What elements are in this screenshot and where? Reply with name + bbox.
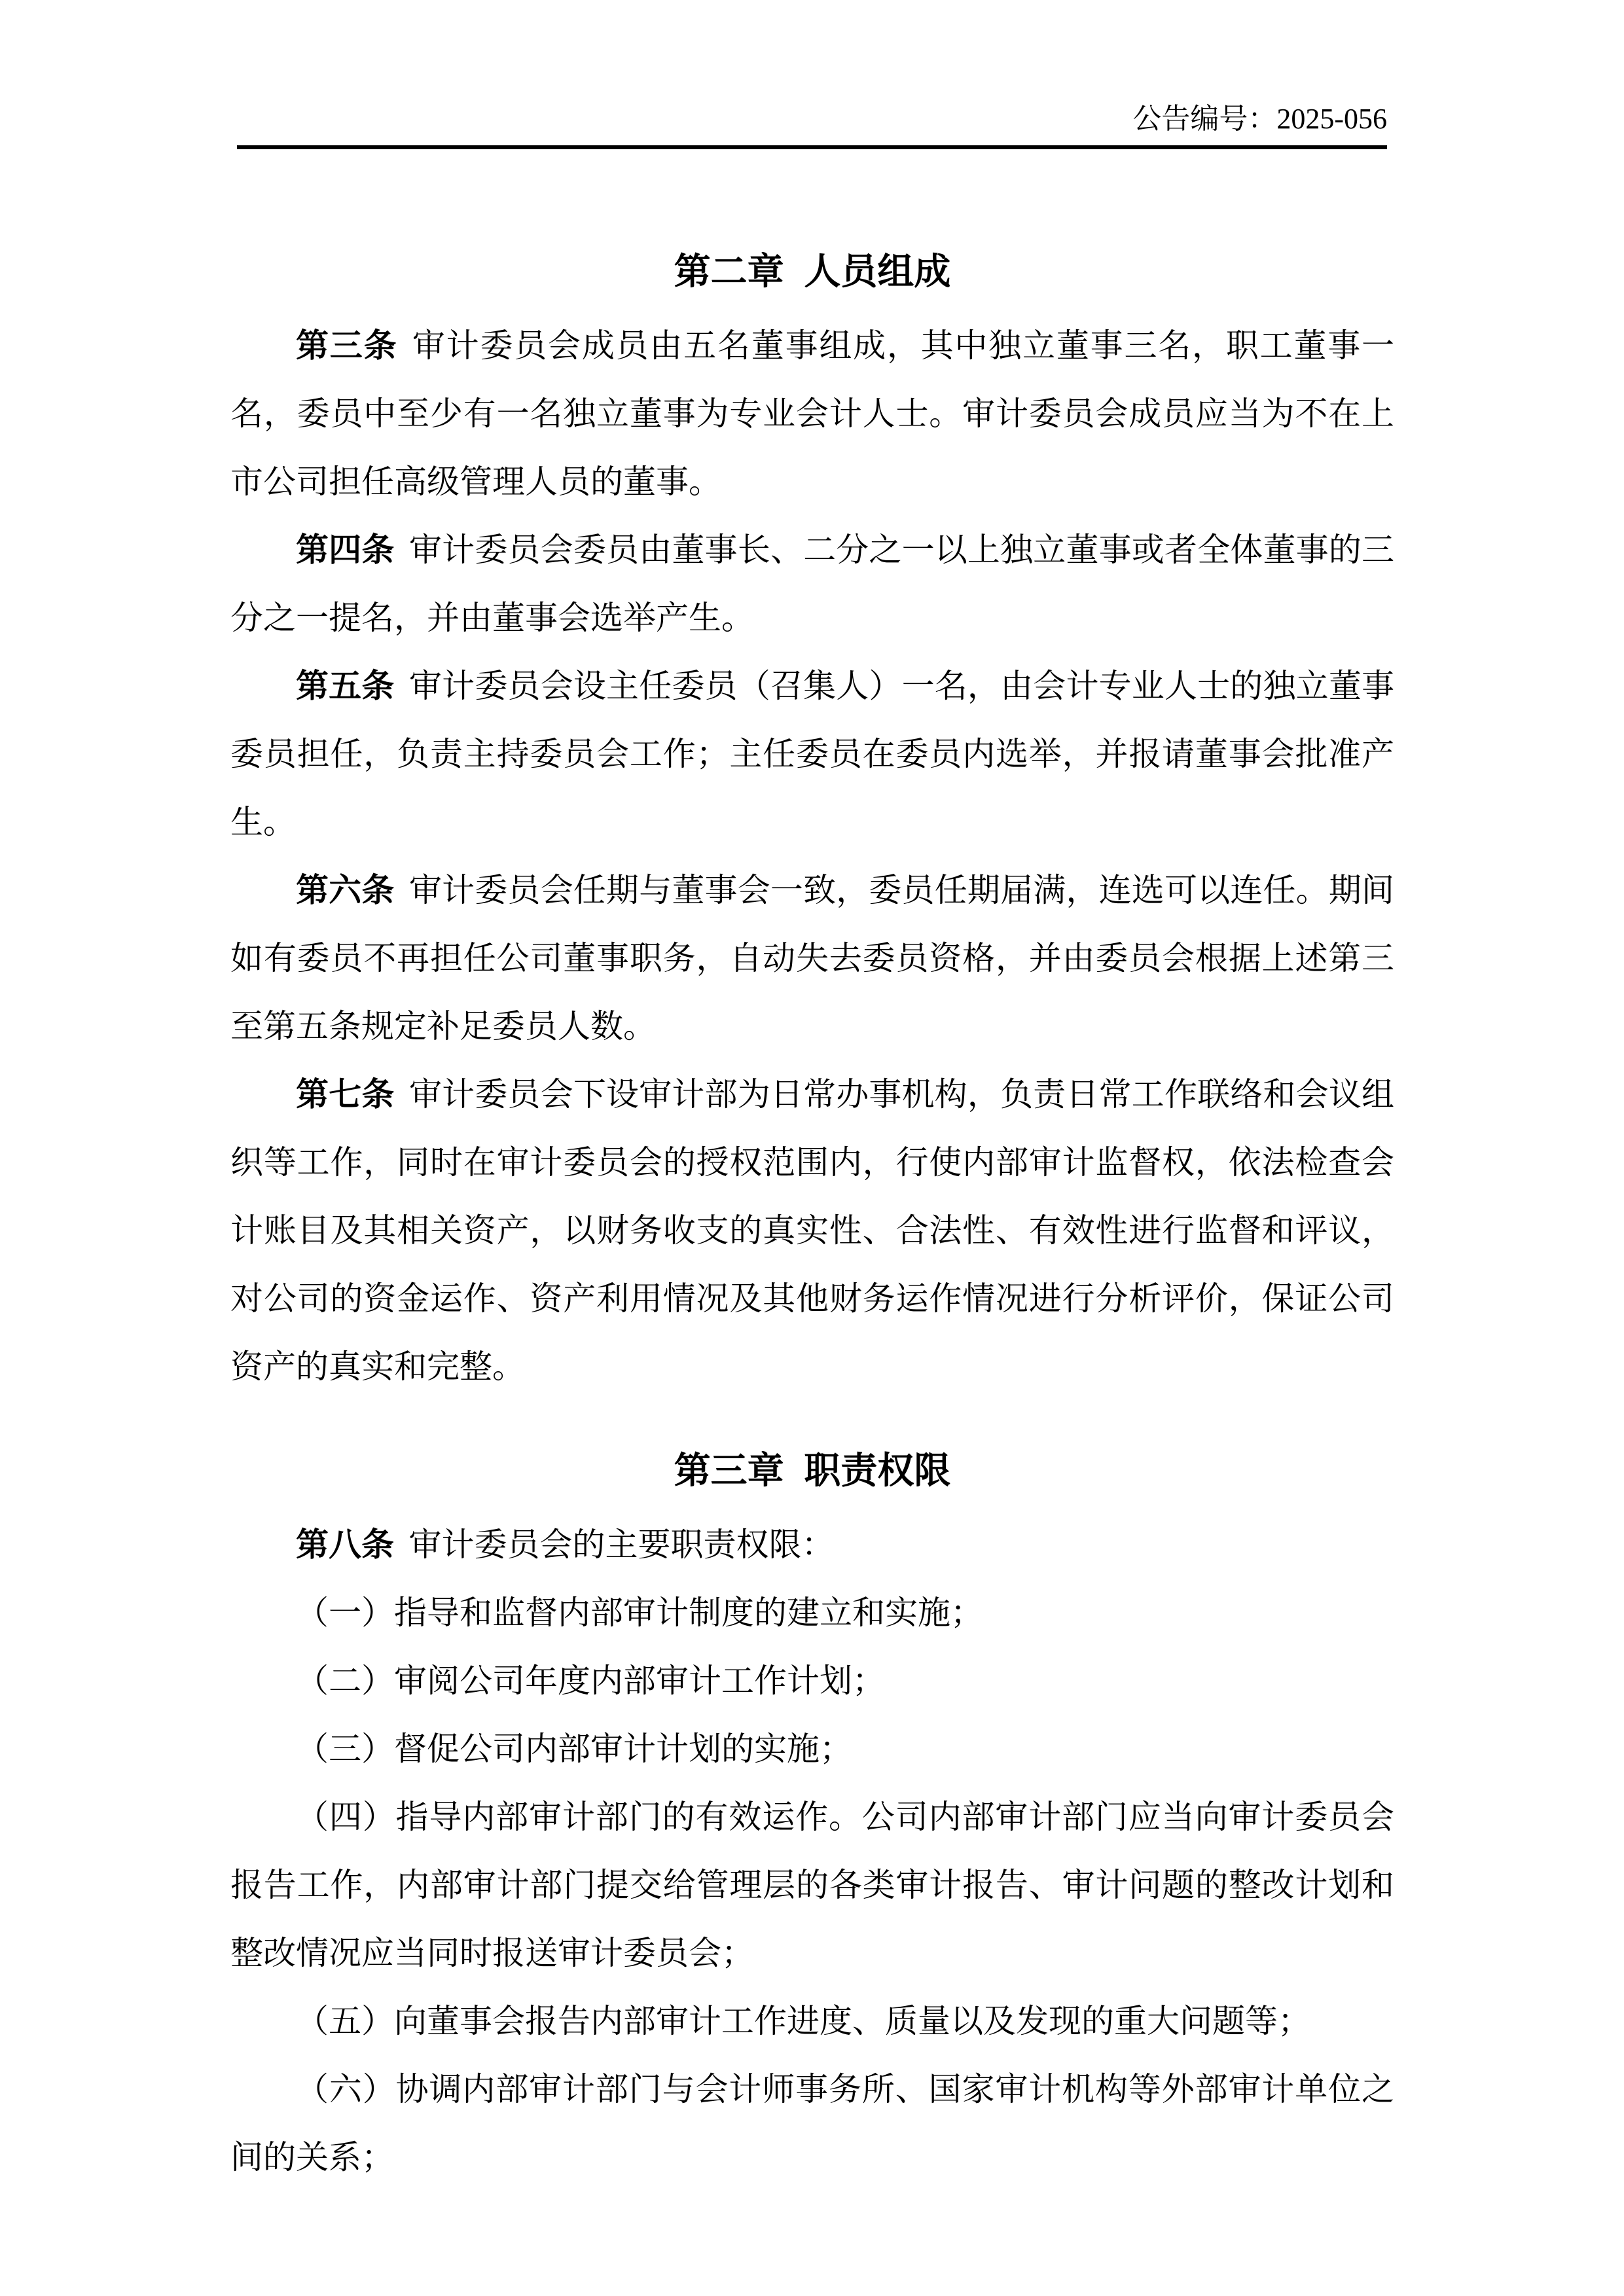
article-text: 审计委员会委员由董事长、二分之一以上独立董事或者全体董事的三分之一提名，并由董事… bbox=[230, 531, 1394, 636]
article-number-label: 第三条 bbox=[296, 327, 397, 364]
article-number-label: 第八条 bbox=[296, 1526, 394, 1563]
article-paragraph: 第七条审计委员会下设审计部为日常办事机构，负责日常工作联络和会议组织等工作，同时… bbox=[230, 1060, 1394, 1401]
list-item-paragraph: （三）督促公司内部审计计划的实施； bbox=[230, 1715, 1394, 1783]
article-number-label: 第五条 bbox=[296, 668, 395, 704]
chapter-heading: 第三章职责权限 bbox=[230, 1437, 1394, 1505]
article-number-label: 第六条 bbox=[296, 872, 395, 908]
list-item-paragraph: （五）向董事会报告内部审计工作进度、质量以及发现的重大问题等； bbox=[230, 1987, 1394, 2055]
document-page: 公告编号：2025-056 第二章人员组成第三条审计委员会成员由五名董事组成，其… bbox=[0, 0, 1624, 2296]
list-item-paragraph: （六）协调内部审计部门与会计师事务所、国家审计机构等外部审计单位之间的关系； bbox=[230, 2055, 1394, 2191]
article-paragraph: 第八条审计委员会的主要职责权限： bbox=[230, 1511, 1394, 1579]
list-item-paragraph: （二）审阅公司年度内部审计工作计划； bbox=[230, 1647, 1394, 1715]
article-paragraph: 第三条审计委员会成员由五名董事组成，其中独立董事三名，职工董事一名，委员中至少有… bbox=[230, 312, 1394, 516]
document-body: 第二章人员组成第三条审计委员会成员由五名董事组成，其中独立董事三名，职工董事一名… bbox=[230, 202, 1394, 2191]
article-number-label: 第七条 bbox=[296, 1076, 395, 1113]
list-item-paragraph: （四）指导内部审计部门的有效运作。公司内部审计部门应当向审计委员会报告工作，内部… bbox=[230, 1783, 1394, 1987]
article-text: 审计委员会设主任委员（召集人）一名，由会计专业人士的独立董事委员担任，负责主持委… bbox=[230, 668, 1394, 840]
chapter-title: 职责权限 bbox=[804, 1451, 950, 1492]
article-text: 审计委员会的主要职责权限： bbox=[409, 1526, 835, 1563]
article-paragraph: 第五条审计委员会设主任委员（召集人）一名，由会计专业人士的独立董事委员担任，负责… bbox=[230, 652, 1394, 856]
article-number-label: 第四条 bbox=[296, 531, 395, 568]
chapter-heading: 第二章人员组成 bbox=[230, 238, 1394, 306]
chapter-number: 第二章 bbox=[674, 252, 784, 293]
announcement-number: 公告编号：2025-056 bbox=[1132, 102, 1387, 137]
chapter-title: 人员组成 bbox=[804, 252, 950, 293]
article-paragraph: 第六条审计委员会任期与董事会一致，委员任期届满，连选可以连任。期间如有委员不再担… bbox=[230, 856, 1394, 1060]
article-text: 审计委员会任期与董事会一致，委员任期届满，连选可以连任。期间如有委员不再担任公司… bbox=[230, 872, 1394, 1045]
header-divider-rule bbox=[237, 145, 1387, 149]
article-text: 审计委员会下设审计部为日常办事机构，负责日常工作联络和会议组织等工作，同时在审计… bbox=[230, 1076, 1394, 1385]
list-item-paragraph: （一）指导和监督内部审计制度的建立和实施； bbox=[230, 1579, 1394, 1647]
article-text: 审计委员会成员由五名董事组成，其中独立董事三名，职工董事一名，委员中至少有一名独… bbox=[230, 327, 1394, 500]
chapter-number: 第三章 bbox=[674, 1451, 784, 1492]
article-paragraph: 第四条审计委员会委员由董事长、二分之一以上独立董事或者全体董事的三分之一提名，并… bbox=[230, 516, 1394, 652]
